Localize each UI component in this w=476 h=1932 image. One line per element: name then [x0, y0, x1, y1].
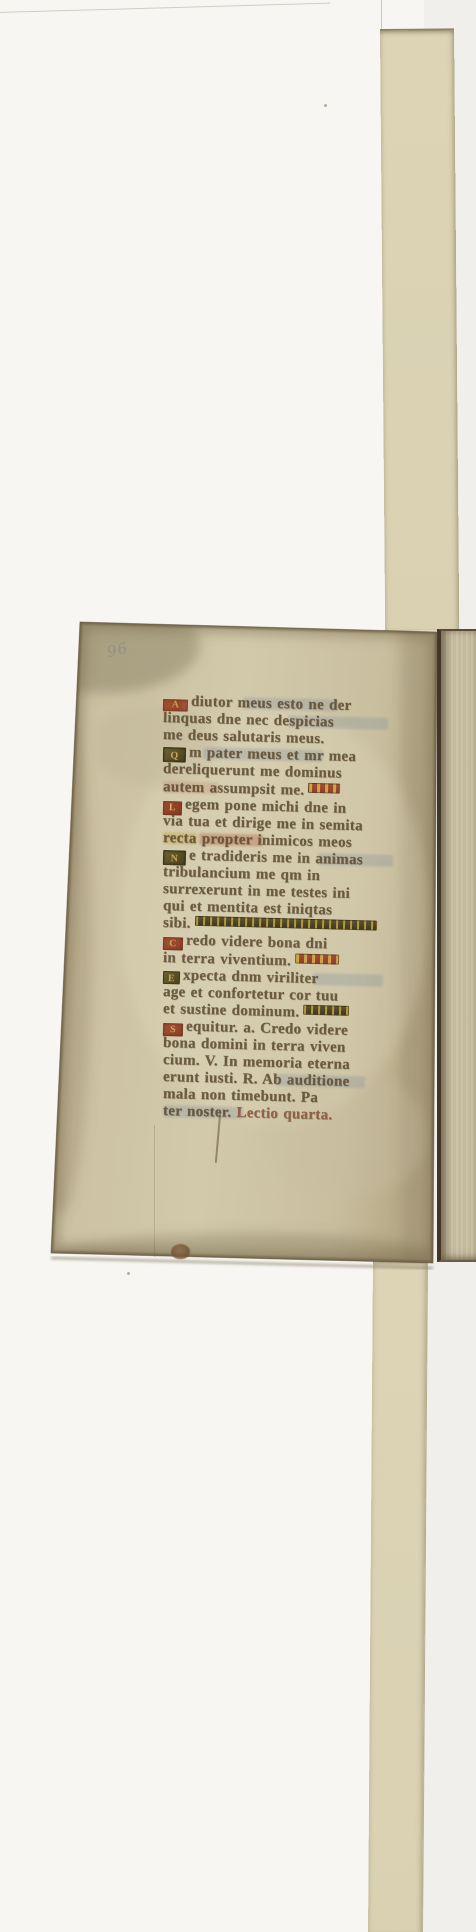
text-block: Adiutor meus esto ne derlinquas dne nec …	[163, 693, 401, 1133]
body-text: et sustine dominum.	[163, 1001, 300, 1021]
parchment-fold-line	[154, 1125, 155, 1257]
manuscript-photograph: 96 Adiutor meus esto ne derlinquas dne n…	[0, 0, 476, 1932]
dust-speck	[324, 104, 327, 107]
pigment-wash	[313, 973, 383, 987]
line-filler-ornament	[308, 782, 340, 793]
body-text: redo videre bona dni	[186, 933, 328, 953]
illuminated-initial: C	[163, 937, 183, 951]
body-text: autem assumpsit me.	[163, 779, 305, 799]
line-filler-ornament	[303, 1004, 349, 1015]
rubric-text: Lectio quarta.	[236, 1105, 332, 1124]
line-filler-ornament	[295, 953, 339, 964]
protruding-leaf-edge-bottom	[368, 1261, 428, 1932]
stain-spot	[171, 1244, 190, 1259]
protruding-leaf-edge-top	[380, 28, 459, 631]
body-text: sibi.	[163, 915, 191, 932]
body-text: in terra viventium.	[163, 950, 291, 969]
body-text: xpecta dnm viriliter	[183, 967, 319, 987]
body-text: ter noster.	[163, 1103, 237, 1121]
manuscript-page: 96 Adiutor meus esto ne derlinquas dne n…	[45, 615, 447, 1270]
dust-speck	[127, 1272, 130, 1275]
illuminated-initial: E	[163, 971, 180, 984]
backing-sheet-crease	[0, 3, 330, 13]
